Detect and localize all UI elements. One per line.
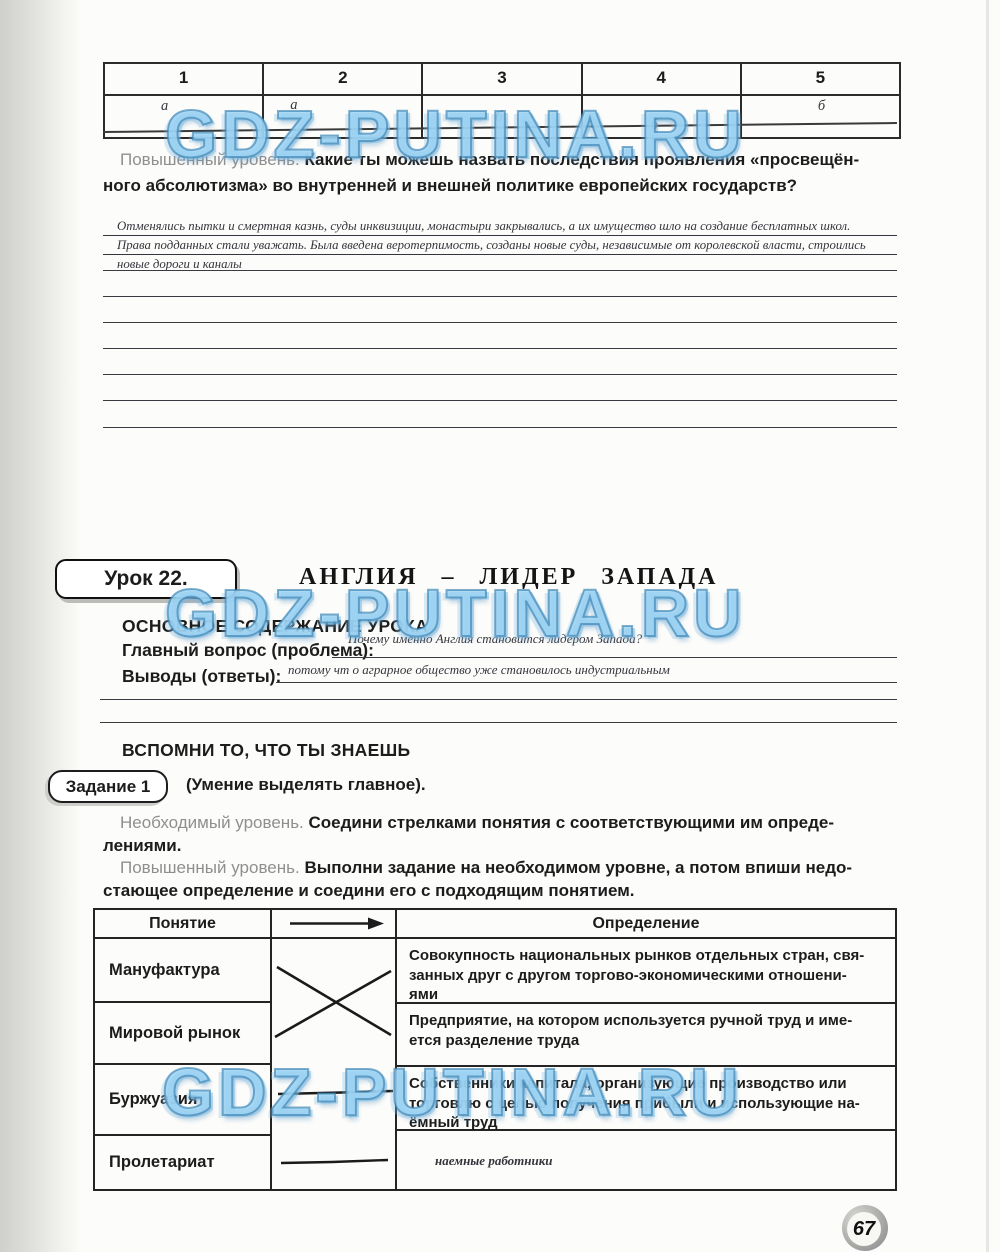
line-connector-burzhuaziya (278, 1091, 393, 1094)
handwritten-letter: б (818, 98, 825, 115)
definition-line: Совокупность национальных рынков отдельн… (409, 946, 895, 966)
scanned-page-right-edge (986, 0, 989, 1252)
required-level-paragraph: Необходимый уровень. Соедини стрелками п… (103, 811, 897, 857)
connector-column (270, 910, 397, 1189)
level-label: Повышенный уровень. (120, 858, 300, 877)
table-header-cell: 2 (264, 64, 423, 94)
task-skill: (Умение выделять главное). (186, 775, 426, 795)
line-connector-proletariat (281, 1160, 388, 1163)
handwritten-answer-cell: б (742, 96, 899, 137)
definition-cell: наемные работники (397, 1131, 895, 1189)
conclusions-label: Выводы (ответы): (122, 666, 281, 687)
handwritten-answer-cell: б (423, 96, 582, 137)
handwritten-answer-line: Отменялись пытки и смертная казнь, суды … (103, 217, 897, 236)
handwritten-letter: а (161, 98, 168, 115)
term-header-cell: Понятие (95, 910, 270, 939)
answer-underline (276, 682, 897, 683)
ruled-line (103, 400, 897, 401)
handwritten-definition: наемные работники (435, 1153, 553, 1168)
table-header-cell: 3 (423, 64, 582, 94)
ruled-line (103, 296, 897, 297)
paragraph-line: Повышенный уровень. Выполни задание на н… (103, 856, 897, 879)
table-header-row: 1 2 3 4 5 (105, 64, 899, 96)
blank-answer-line (100, 699, 897, 700)
term-cell: Буржуазия (95, 1065, 270, 1136)
definition-line: Собственники капитала, организующие прои… (409, 1074, 895, 1094)
table-header-cell: 5 (742, 64, 899, 94)
advanced-question-paragraph: Повышенный уровень. Какие ты можешь назв… (103, 147, 897, 199)
ruled-line (103, 270, 897, 271)
table-header-cell: 4 (583, 64, 742, 94)
recall-heading: ВСПОМНИ ТО, ЧТО ТЫ ЗНАЕШЬ (122, 740, 410, 761)
ruled-line (103, 348, 897, 349)
handwritten-letter: б (495, 109, 502, 126)
table-header-cell: 1 (105, 64, 264, 94)
right-arrow-icon (272, 911, 395, 936)
handwritten-answer-cell: б (583, 96, 742, 137)
advanced-level-paragraph: Повышенный уровень. Выполни задание на н… (103, 856, 897, 902)
question-line: Повышенный уровень. Какие ты можешь назв… (103, 147, 897, 173)
main-question-handwritten-answer: Почему именно Англия становится лидером … (348, 631, 642, 647)
definition-line: ями (409, 985, 895, 1005)
answer-underline (332, 657, 897, 658)
cross-connector-icon (272, 939, 395, 1189)
term-column: Понятие Мануфактура Мировой рынок Буржуа… (95, 910, 270, 1189)
definition-column: Определение Совокупность национальных ры… (397, 910, 895, 1189)
paragraph-text: Выполни задание на необходимом уровне, а… (304, 858, 852, 877)
lesson-title: АНГЛИЯ – ЛИДЕР ЗАПАДА (299, 564, 719, 591)
definition-header-cell: Определение (397, 910, 895, 939)
definition-line: ется разделение труда (409, 1031, 895, 1051)
definition-line: торговлю с целью получения прибыли и исп… (409, 1094, 895, 1114)
paragraph-line: стающее определение и соедини его с подх… (103, 879, 897, 902)
definition-line: ёмный труд (409, 1113, 895, 1133)
question-line: ного абсолютизма» во внутренней и внешне… (103, 173, 897, 199)
paragraph-text: Соедини стрелками понятия с соответствую… (309, 813, 835, 832)
handwritten-letter: а (290, 97, 297, 114)
page-number-badge: 67 (842, 1205, 888, 1251)
scanned-page-left-edge (0, 0, 82, 1252)
level-label: Необходимый уровень. (120, 813, 304, 832)
definition-cell: Совокупность национальных рынков отдельн… (397, 939, 895, 1004)
definition-cell: Предприятие, на котором используется руч… (397, 1004, 895, 1067)
definition-line: Предприятие, на котором используется руч… (409, 1011, 895, 1031)
paragraph-line: лениями. (103, 834, 897, 857)
handwritten-answer-line: новые дороги и каналы (103, 255, 897, 271)
lesson-badge: Урок 22. (55, 559, 237, 599)
workbook-page: 1 2 3 4 5 а а б б б Повышенный уровень. … (0, 0, 1000, 1252)
handwritten-answer-block: Отменялись пытки и смертная казнь, суды … (103, 217, 897, 271)
ruled-line (103, 322, 897, 323)
definition-line: занных друг с другом торгово-экономическ… (409, 966, 895, 986)
term-cell: Мировой рынок (95, 1003, 270, 1065)
connector-header-cell (272, 910, 395, 939)
term-cell: Пролетариат (95, 1136, 270, 1189)
empty-ruled-lines (103, 270, 897, 453)
page-number: 67 (847, 1212, 881, 1246)
definition-cell: Собственники капитала, организующие прои… (397, 1067, 895, 1131)
handwritten-answer-line: Права подданных стали уважать. Была введ… (103, 236, 897, 255)
match-table: Понятие Мануфактура Мировой рынок Буржуа… (93, 908, 897, 1191)
ruled-line (103, 427, 897, 428)
blank-answer-line (100, 722, 897, 723)
ruled-line (103, 374, 897, 375)
task-badge: Задание 1 (48, 770, 168, 803)
term-cell: Мануфактура (95, 939, 270, 1003)
question-text: Какие ты можешь назвать последствия проя… (304, 150, 859, 169)
conclusions-handwritten-answer: потому чт о аграрное общество уже станов… (288, 662, 670, 678)
paragraph-line: Необходимый уровень. Соедини стрелками п… (103, 811, 897, 834)
level-label: Повышенный уровень. (120, 150, 300, 169)
connector-body (272, 939, 395, 1189)
